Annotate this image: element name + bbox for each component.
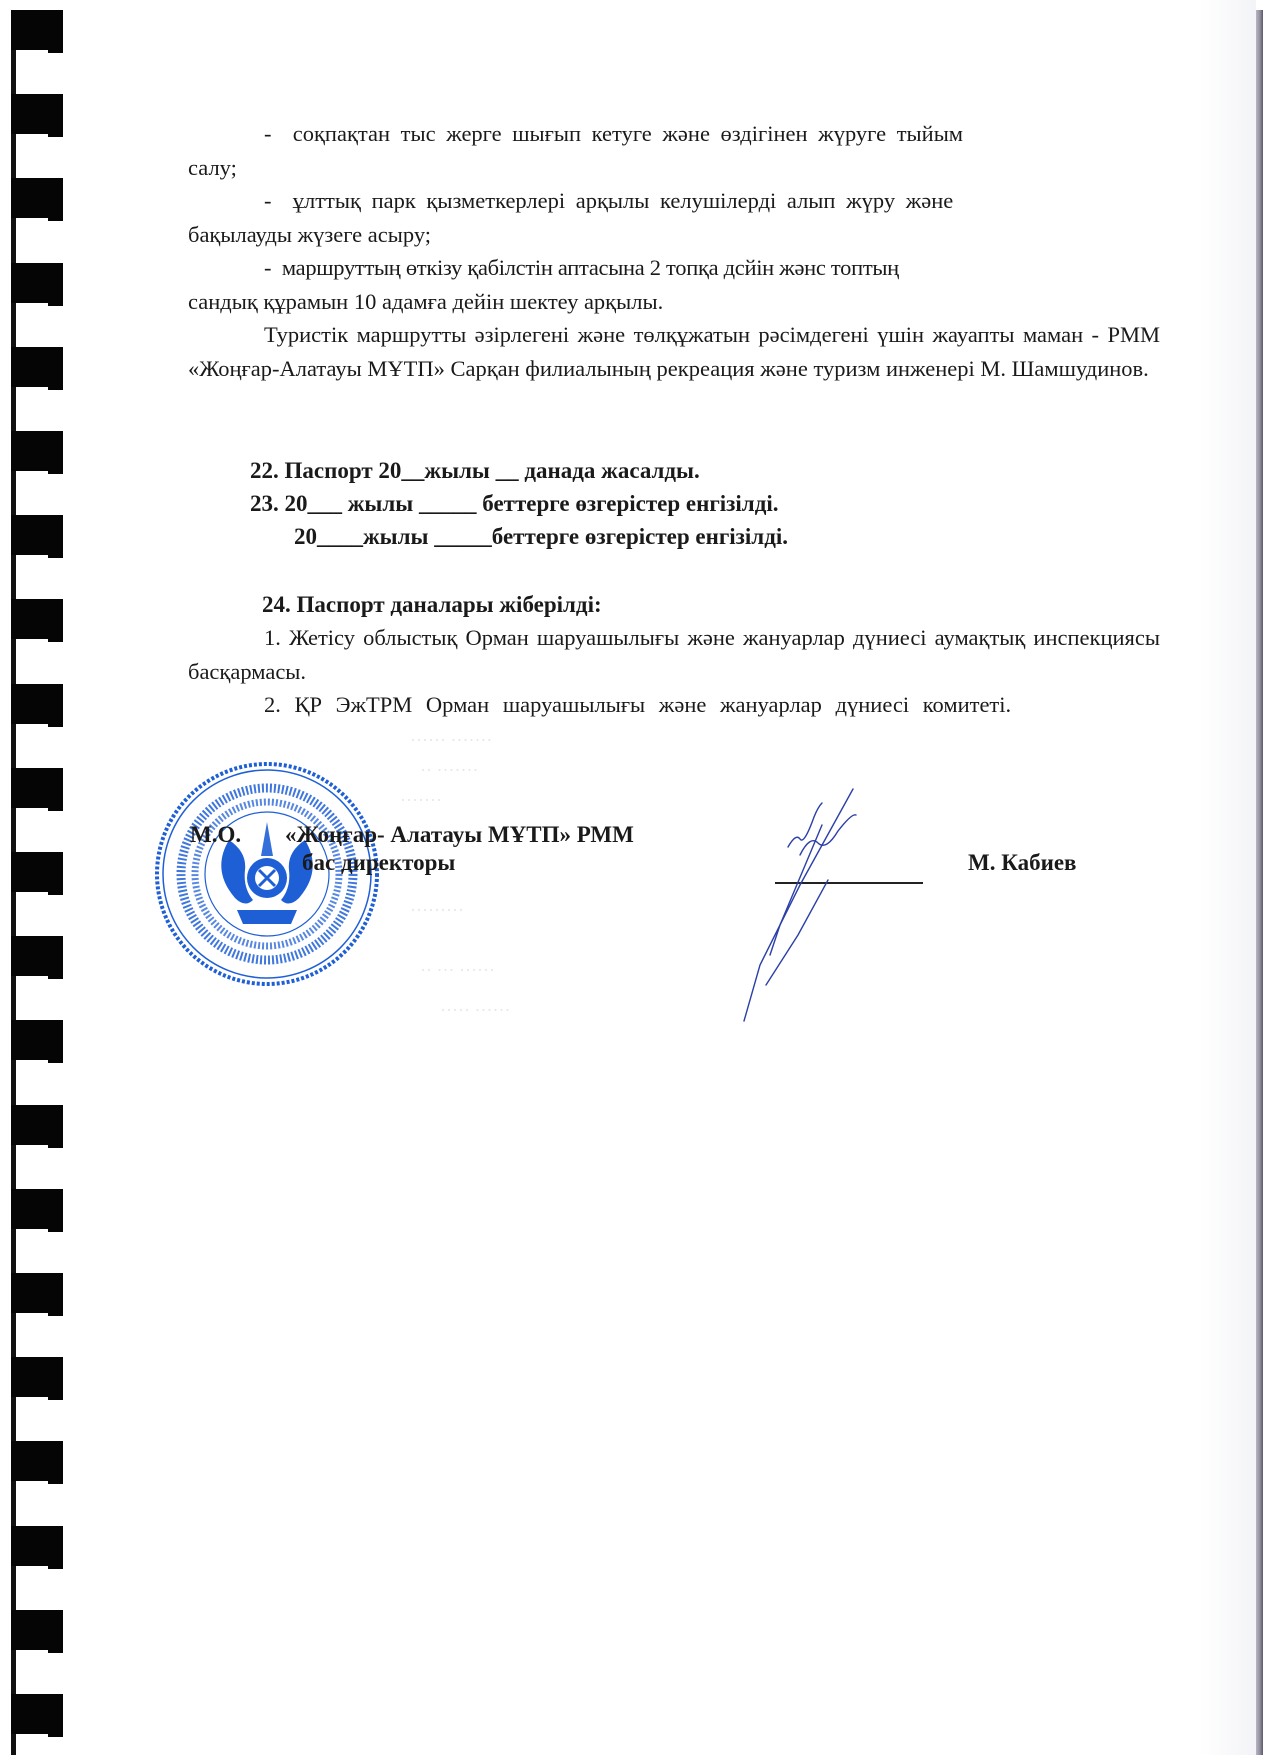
item-23-cont: 20____жылы _____беттерге өзгерістер енгі… xyxy=(294,520,1266,554)
binding-hole xyxy=(11,1694,63,1734)
bullet-1: - соқпақтан тыс жерге шығып кетуге және … xyxy=(188,117,1160,184)
item-23: 23. 20___ жылы _____ беттерге өзгерістер… xyxy=(250,487,1222,521)
bullet-2: - ұлттық парк қызметкерлері арқылы келуш… xyxy=(188,184,1160,251)
bullet-text: ұлттық парк қызметкерлері арқылы келушіл… xyxy=(293,188,954,213)
item-24-title: 24. Паспорт даналары жіберілді: xyxy=(262,588,1234,622)
bleed-through-text: ······ ······· xyxy=(410,730,492,751)
binding-hole xyxy=(11,852,63,892)
binding-hole xyxy=(11,515,63,555)
spiral-binding xyxy=(0,0,70,1755)
bleed-through-text: ······· xyxy=(400,790,442,811)
bullet-text: соқпақтан тыс жерге шығып кетуге және өз… xyxy=(293,121,963,146)
binding-hole xyxy=(11,599,63,639)
binding-hole xyxy=(11,178,63,218)
responsible-paragraph: Туристік маршрутты әзірлегені және төлқұ… xyxy=(188,318,1160,385)
binding-hole xyxy=(11,263,63,303)
signatory-name: М. Кабиев xyxy=(968,846,1276,880)
binding-hole xyxy=(11,1273,63,1313)
binding-hole xyxy=(11,936,63,976)
binding-hole xyxy=(11,1189,63,1229)
binding-hole xyxy=(11,1105,63,1145)
binding-hole xyxy=(11,1610,63,1650)
bullet-dash: - xyxy=(264,255,271,280)
binding-hole xyxy=(11,1441,63,1481)
page-right-edge xyxy=(1256,10,1263,1755)
bullet-3: - маршруттың өткізу қабілстін аптасына 2… xyxy=(188,251,1160,318)
bullet-dash: - xyxy=(264,121,272,146)
binding-hole xyxy=(11,1526,63,1566)
item-22: 22. Паспорт 20__жылы __ данада жасалды. xyxy=(250,454,1222,488)
recipient-2: 2. ҚР ЭжТРМ Орман шаруашылығы және жануа… xyxy=(188,688,1160,722)
binding-hole xyxy=(11,1020,63,1060)
bullet-text: маршруттың өткізу қабілстін аптасына 2 т… xyxy=(282,255,899,280)
binding-hole xyxy=(11,94,63,134)
binding-hole xyxy=(11,1357,63,1397)
bullet-dash: - xyxy=(264,188,272,213)
recipient-1: 1. Жетісу облыстық Орман шаруашылығы жән… xyxy=(188,621,1160,688)
bleed-through-text: ·· ······· xyxy=(420,760,478,781)
binding-hole xyxy=(11,768,63,808)
binding-hole xyxy=(11,347,63,387)
binding-hole xyxy=(11,10,63,50)
bleed-through-text: ····· ······ xyxy=(440,1000,510,1021)
bleed-through-text: ········· xyxy=(410,900,464,921)
bullet-text-cont: сандық құрамын 10 адамға дейін шектеу ар… xyxy=(188,285,1160,319)
bleed-through-text: ·· ··· ······ xyxy=(420,960,495,981)
binding-hole xyxy=(11,431,63,471)
bullet-text-cont: бақылауды жүзеге асыру; xyxy=(188,218,1160,252)
binding-hole xyxy=(11,684,63,724)
handwritten-signature-icon xyxy=(740,785,880,1025)
bullet-text-cont: салу; xyxy=(188,151,1160,185)
